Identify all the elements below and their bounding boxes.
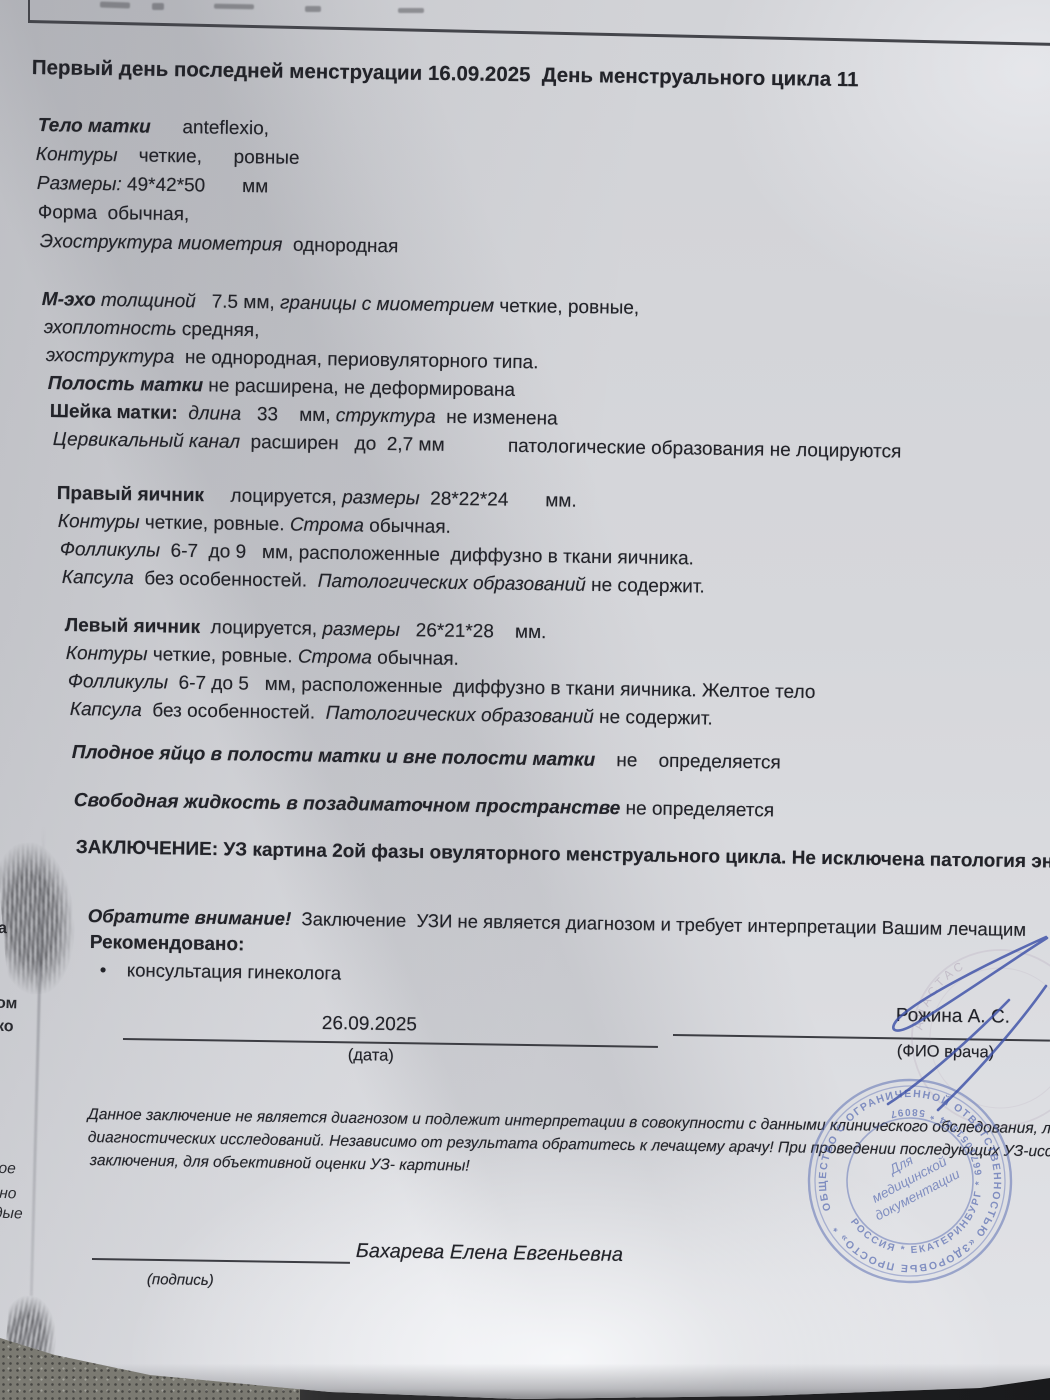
exam-date: 26.09.2025	[322, 1014, 417, 1036]
margin-fragment: ное	[0, 1160, 16, 1179]
report-line: Полость матки не расширена, не деформиро…	[48, 374, 515, 402]
report-line: Тело матки anteflexio,	[38, 116, 269, 140]
date-caption: (дата)	[348, 1046, 394, 1065]
svg-text:ОБЩЕСТВО С ОГРАНИЧЕННОЙ ОТВЕТС: ОБЩЕСТВО С ОГРАНИЧЕННОЙ ОТВЕТСТВЕННОСТЬЮ…	[795, 1063, 1027, 1300]
report-line: Капсула без особенностей. Патологических…	[70, 700, 713, 730]
cutoff-text-mark	[305, 6, 321, 12]
doctor-name: Рожина А. С.	[896, 1006, 1010, 1029]
report-line: Капсула без особенностей. Патологических…	[62, 568, 705, 598]
report-line: Контуры четкие, ровные. Строма обычная.	[66, 644, 459, 671]
report-line: Шейка матки: длина 33 мм, структура не и…	[50, 402, 558, 430]
report-line: Эхоструктура миометрия однородная	[40, 232, 399, 258]
report-line: Фолликулы 6-7 до 9 мм, расположенные диф…	[60, 540, 694, 570]
doctor-underline	[673, 1034, 1050, 1042]
stamp-outer-text: ОБЩЕСТВО С ОГРАНИЧЕННОЙ ОТВЕТСТВЕННОСТЬЮ…	[795, 1063, 1027, 1300]
report-line: эхоплотность средняя,	[44, 318, 260, 342]
stamp-center-line: документации	[872, 1166, 962, 1223]
report-line: эхоструктура не однородная, периовулятор…	[46, 346, 539, 374]
signature-underline	[92, 1258, 350, 1264]
report-line: Размеры: 49*42*50 мм	[37, 174, 269, 198]
report-line: Контуры четкие, ровные. Строма обычная.	[58, 512, 451, 539]
disclaimer-line: заключения, для объективной оценки УЗ- к…	[90, 1152, 470, 1175]
cutoff-text-mark	[214, 4, 254, 10]
cutoff-text-mark	[152, 3, 164, 10]
report-line: Фолликулы 6-7 до 5 мм, расположенные диф…	[68, 672, 816, 704]
faint-doctor-stamp: АНАСТАС	[880, 928, 1050, 1138]
recommended-label: Рекомендовано:	[90, 933, 245, 956]
stamp-center-line: медицинской	[869, 1153, 949, 1205]
report-line: Цервикальный канал расширен до 2,7 мм па…	[53, 430, 902, 463]
conclusion-line: ЗАКЛЮЧЕНИЕ: УЗ картина 2ой фазы овулятор…	[76, 838, 1050, 874]
table-border-bottom	[29, 20, 1050, 46]
clinic-stamp: ОБЩЕСТВО С ОГРАНИЧЕННОЙ ОТВЕТСТВЕННОСТЬЮ…	[795, 1063, 1027, 1301]
svg-text:РОССИЯ * ЕКАТЕРИНБУРГ * 667105: РОССИЯ * ЕКАТЕРИНБУРГ * 6671051364 * 580…	[816, 1085, 1006, 1277]
recommended-item: • консультация гинеколога	[100, 960, 342, 984]
stamp-inner-text: РОССИЯ * ЕКАТЕРИНБУРГ * 6671051364 * 580…	[816, 1085, 1006, 1277]
cutoff-text-mark	[100, 1, 130, 8]
margin-fragment: ом	[0, 995, 18, 1014]
report-line: Левый яичник лоцируется, размеры 26*21*2…	[65, 616, 547, 644]
executor-name: Бахарева Елена Евгеньевна	[356, 1240, 623, 1266]
report-line: Форма обычная,	[38, 203, 190, 226]
report-line: Контуры четкие, ровные	[36, 145, 300, 170]
margin-fragment: ко	[0, 1018, 14, 1037]
document-photo: Первый день последней менструации 16.09.…	[0, 0, 1050, 1400]
report-line: Плодное яйцо в полости матки и вне полос…	[72, 743, 781, 774]
cutoff-text-mark	[398, 8, 424, 13]
report-header: Первый день последней менструации 16.09.…	[32, 57, 859, 92]
table-border-left	[28, 0, 30, 23]
report-line: М-эхо толщиной 7.5 мм, границы с миометр…	[42, 290, 640, 320]
signature-caption: (подпись)	[147, 1272, 214, 1289]
report-line: Свободная жидкость в позадиматочном прос…	[74, 791, 775, 822]
doctor-caption: (ФИО врача)	[897, 1042, 995, 1062]
report-page: Первый день последней менструации 16.09.…	[0, 0, 1050, 1400]
report-line: Правый яичник лоцируется, размеры 28*22*…	[57, 484, 577, 513]
margin-fragment: дые	[0, 1205, 23, 1224]
margin-fragment: зно	[0, 1185, 17, 1204]
edge-smudge	[0, 839, 80, 997]
